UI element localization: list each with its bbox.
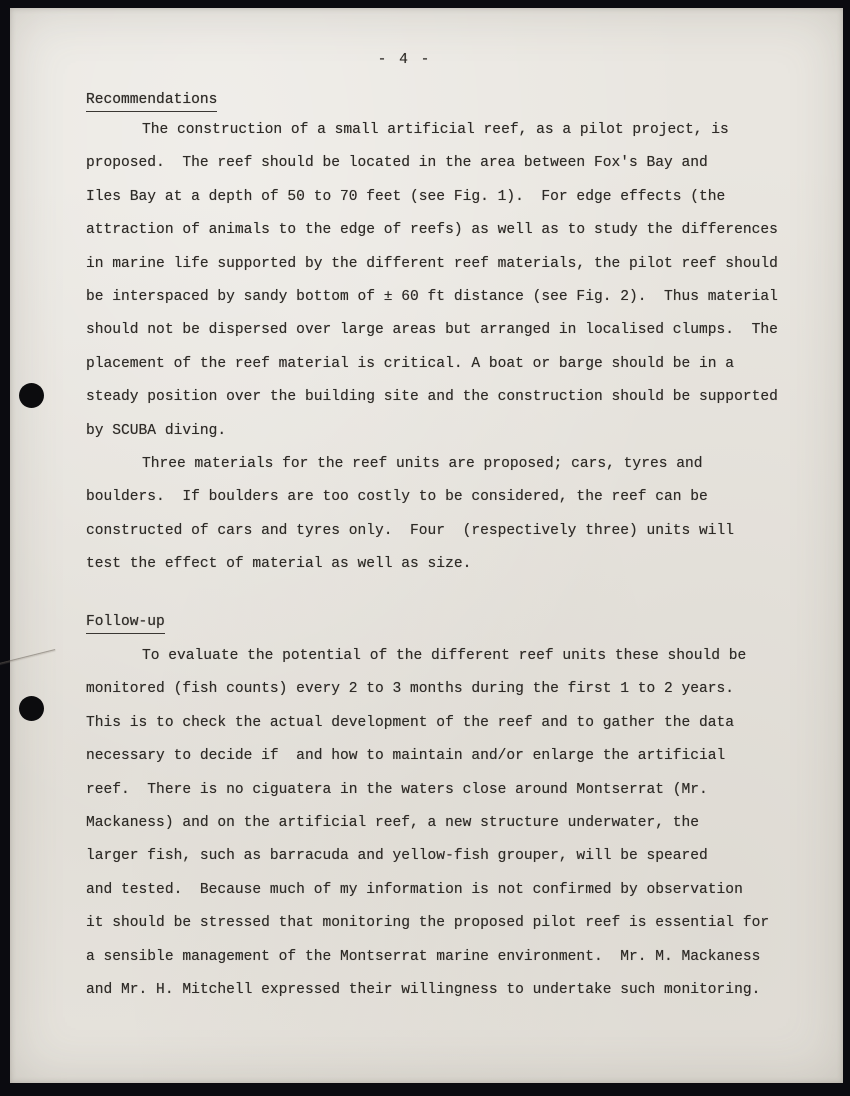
recommendations-paragraphs: The construction of a small artificial r… — [86, 114, 813, 581]
document-body: Recommendations The construction of a sm… — [86, 8, 813, 1083]
text-line: To evaluate the potential of the differe… — [86, 640, 813, 673]
follow-up-paragraphs: To evaluate the potential of the differe… — [86, 640, 813, 1007]
heading-text: Recommendations — [86, 92, 217, 112]
text-line: be interspaced by sandy bottom of ± 60 f… — [86, 281, 813, 314]
text-line: and tested. Because much of my informati… — [86, 874, 813, 907]
text-line: necessary to decide if and how to mainta… — [86, 740, 813, 773]
text-line: by SCUBA diving. — [86, 415, 813, 448]
text-line: monitored (fish counts) every 2 to 3 mon… — [86, 673, 813, 706]
scratch-mark — [0, 649, 55, 664]
text-line: in marine life supported by the differen… — [86, 248, 813, 281]
text-line: reef. There is no ciguatera in the water… — [86, 774, 813, 807]
hole-punch-icon — [19, 383, 44, 408]
text-line: test the effect of material as well as s… — [86, 548, 813, 581]
heading-text: Follow-up — [86, 614, 165, 634]
text-line: The construction of a small artificial r… — [86, 114, 813, 147]
text-line: boulders. If boulders are too costly to … — [86, 481, 813, 514]
text-line: Mackaness) and on the artificial reef, a… — [86, 807, 813, 840]
text-line: proposed. The reef should be located in … — [86, 147, 813, 180]
text-line: it should be stressed that monitoring th… — [86, 907, 813, 940]
text-line: a sensible management of the Montserrat … — [86, 941, 813, 974]
text-line: Three materials for the reef units are p… — [86, 448, 813, 481]
text-line: and Mr. H. Mitchell expressed their will… — [86, 974, 813, 1007]
hole-punch-icon — [19, 696, 44, 721]
text-line: larger fish, such as barracuda and yello… — [86, 840, 813, 873]
section-heading-follow-up: Follow-up — [86, 614, 165, 634]
text-line: This is to check the actual development … — [86, 707, 813, 740]
section-heading-recommendations: Recommendations — [86, 92, 217, 112]
text-line: should not be dispersed over large areas… — [86, 314, 813, 347]
text-line: constructed of cars and tyres only. Four… — [86, 515, 813, 548]
text-line: placement of the reef material is critic… — [86, 348, 813, 381]
document-page: - 4 - Recommendations The construction o… — [10, 8, 843, 1083]
text-line: attraction of animals to the edge of ree… — [86, 214, 813, 247]
text-line: steady position over the building site a… — [86, 381, 813, 414]
text-line: Iles Bay at a depth of 50 to 70 feet (se… — [86, 181, 813, 214]
